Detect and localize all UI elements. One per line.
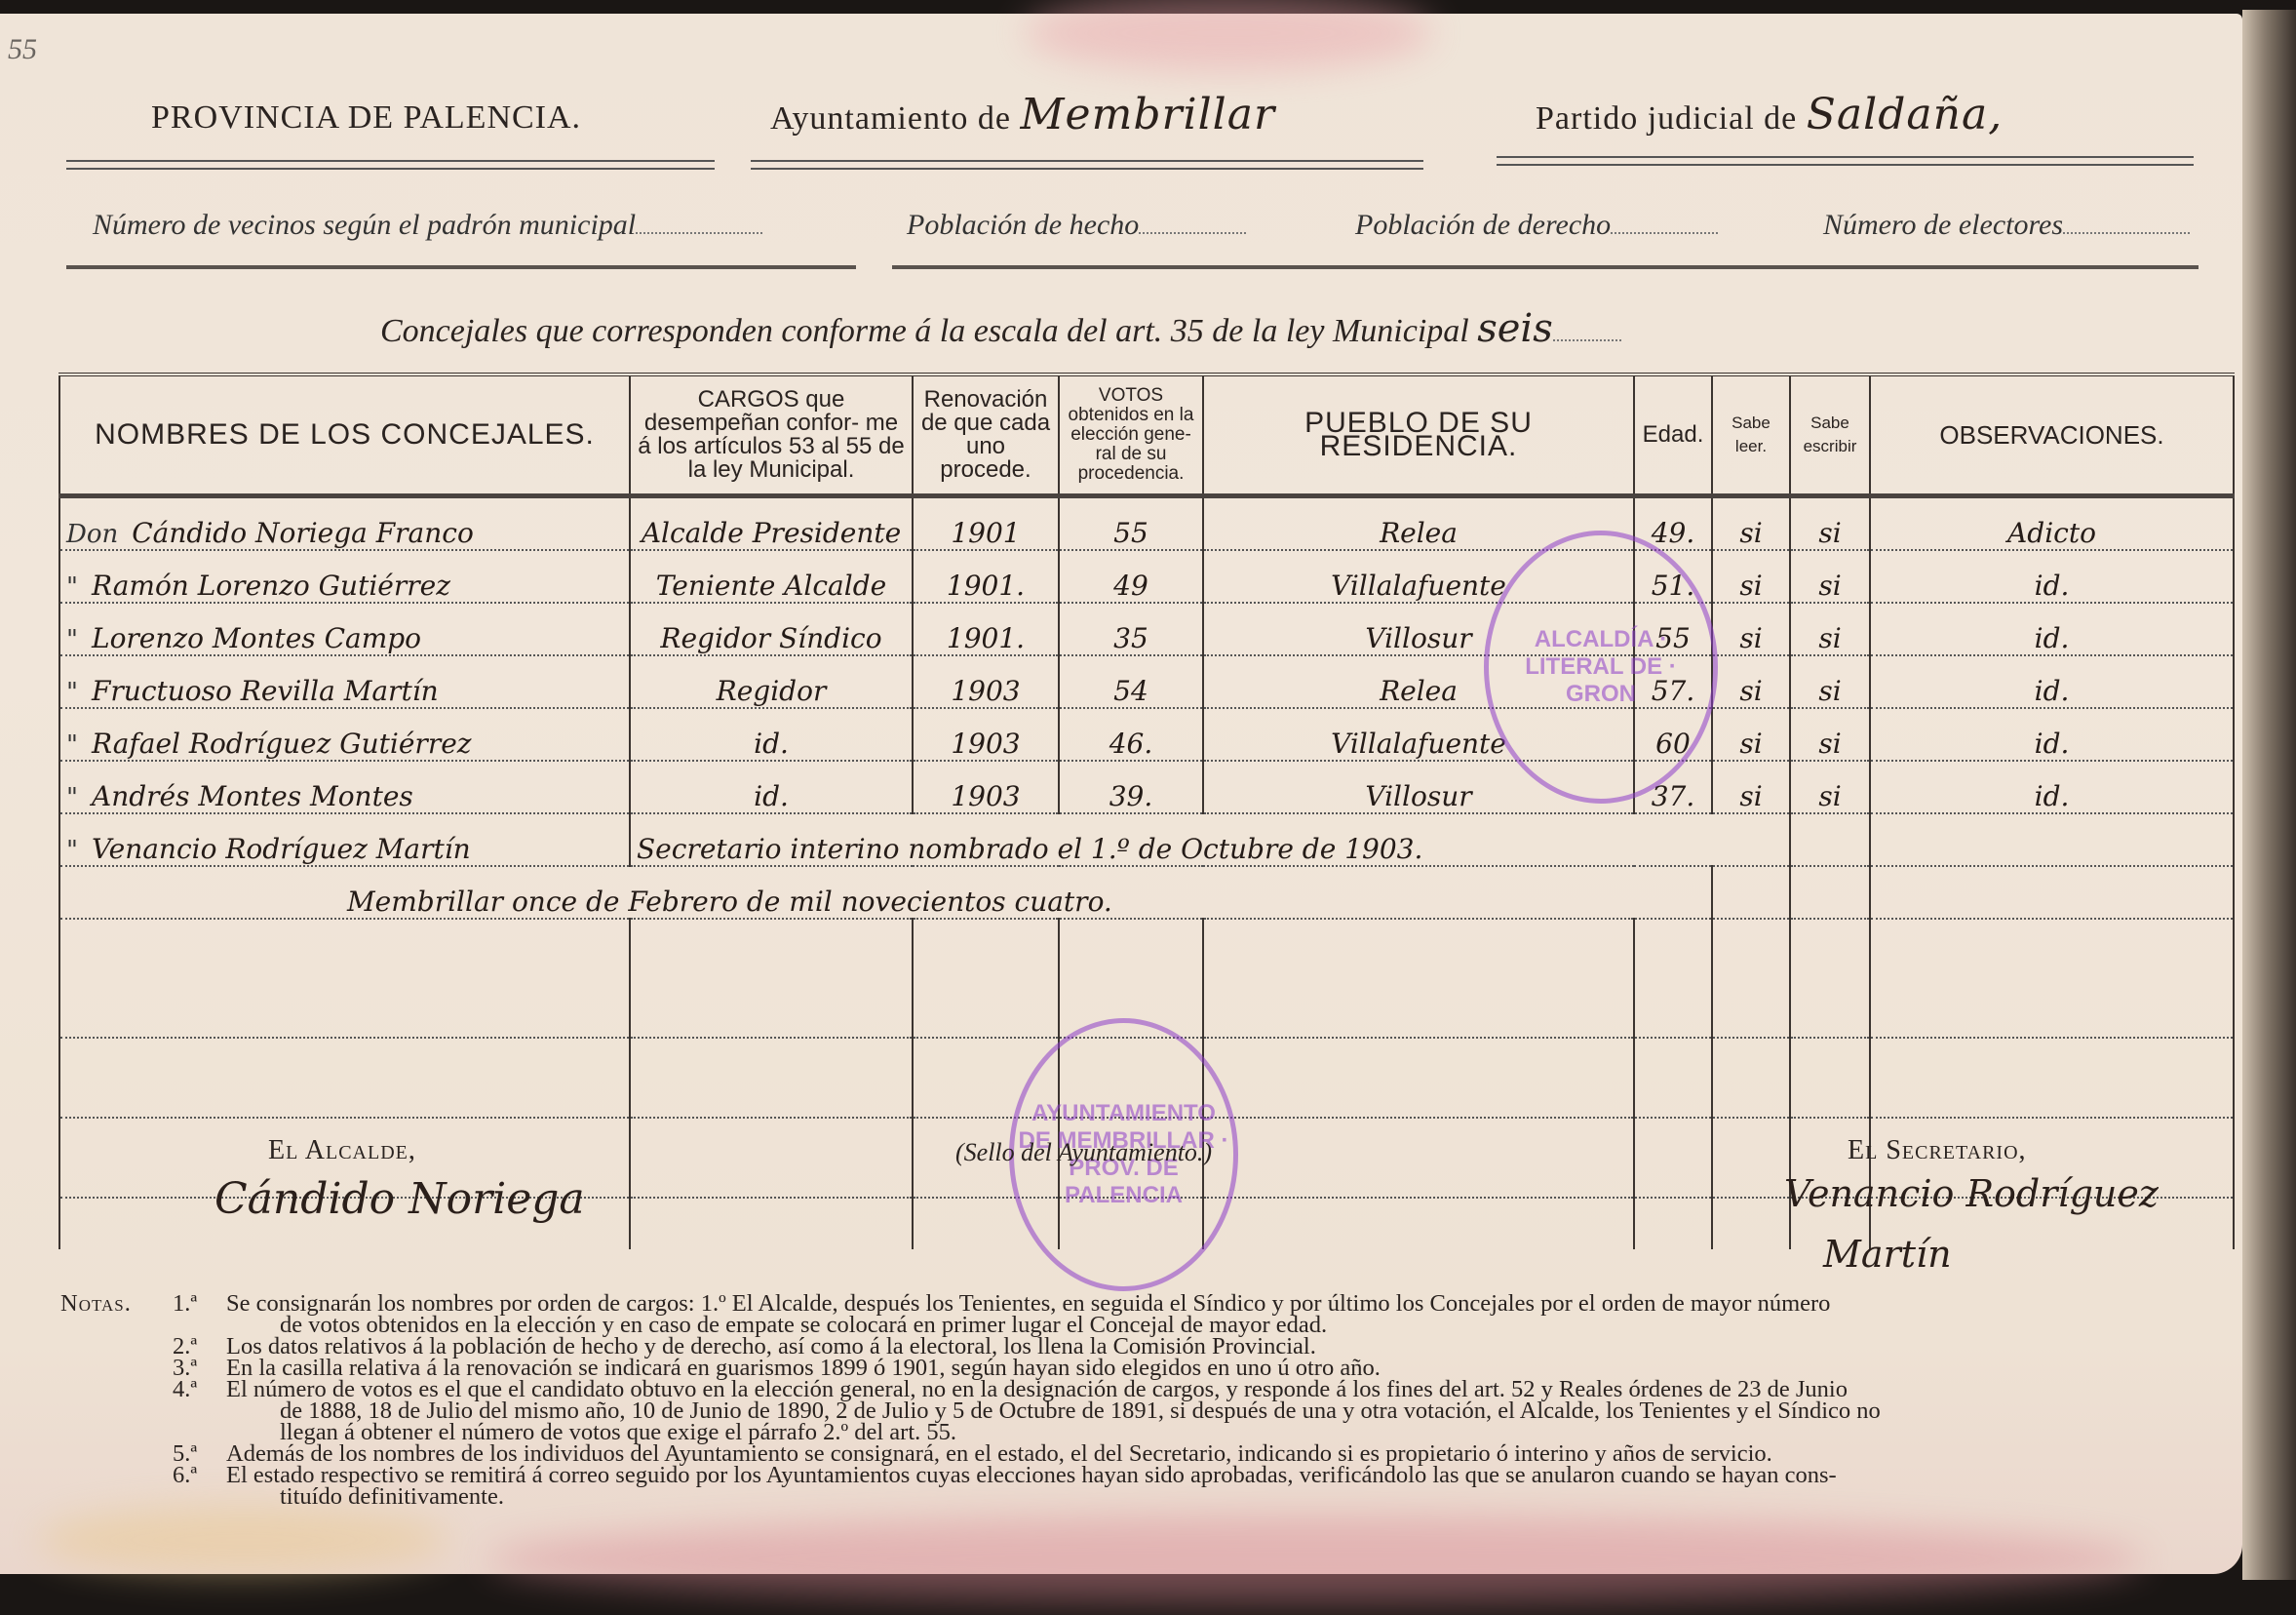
name-prefix: " bbox=[66, 678, 78, 707]
note-text: tituído definitivamente. bbox=[173, 1486, 2205, 1508]
cell-renovacion: 1901. bbox=[913, 550, 1059, 603]
header-cargos: CARGOS que desempeñan confor- me á los a… bbox=[630, 374, 913, 496]
fecha-row: Membrillar once de Febrero de mil noveci… bbox=[59, 866, 2234, 919]
note-1: 1.ª Se consignarán los nombres por orden… bbox=[60, 1293, 2205, 1336]
cell-renovacion: 1903 bbox=[913, 655, 1059, 708]
electores-label: Número de electores bbox=[1823, 209, 2063, 241]
secretario-label: El Secretario, bbox=[1848, 1135, 2027, 1166]
folio-number: 55 bbox=[8, 33, 37, 66]
header-pueblo: PUEBLO DE SU RESIDENCIA. bbox=[1203, 374, 1634, 496]
cell-leer: si bbox=[1712, 603, 1790, 655]
book-edge bbox=[2242, 10, 2296, 1580]
alcalde-label: El Alcalde, bbox=[268, 1135, 416, 1166]
secretario-name: Venancio Rodríguez Martín bbox=[92, 833, 471, 865]
cell-votos: 35 bbox=[1059, 603, 1203, 655]
cell-escribir: si bbox=[1790, 655, 1870, 708]
cell-nombre: "Lorenzo Montes Campo bbox=[59, 603, 630, 655]
secretario-signature-surname: Martín bbox=[1823, 1233, 1952, 1276]
vecinos-field: Número de vecinos según el padrón munici… bbox=[93, 209, 762, 242]
notes-section: Notas. 1.ª Se consignarán los nombres po… bbox=[60, 1293, 2205, 1508]
fecha-text: Membrillar once de Febrero de mil noveci… bbox=[630, 866, 1712, 919]
cell-observaciones: id. bbox=[1870, 603, 2234, 655]
cell-cargo: Regidor Síndico bbox=[630, 603, 913, 655]
stain bbox=[1024, 0, 1433, 72]
stain bbox=[487, 1516, 2145, 1603]
note-number: 4.ª bbox=[173, 1379, 197, 1400]
partido-label: Partido judicial de bbox=[1536, 100, 1797, 137]
table-row: "Lorenzo Montes Campo Regidor Síndico 19… bbox=[59, 603, 2234, 655]
header-votos: VOTOS obtenidos en la elección gene- ral… bbox=[1059, 374, 1203, 496]
cell-observaciones: id. bbox=[1870, 708, 2234, 761]
sello-label: (Sello del Ayuntamiento.) bbox=[955, 1138, 1212, 1167]
poblacion-derecho-field: Población de derecho bbox=[1355, 209, 1718, 242]
cell-renovacion: 1901. bbox=[913, 603, 1059, 655]
divider bbox=[1497, 156, 2194, 166]
cell-votos: 54 bbox=[1059, 655, 1203, 708]
header-observaciones: OBSERVACIONES. bbox=[1870, 374, 2234, 496]
escala-value: seis bbox=[1477, 306, 1553, 351]
partido-value: Saldaña, bbox=[1807, 90, 2003, 139]
cell-observaciones: id. bbox=[1870, 761, 2234, 813]
cell-renovacion: 1903 bbox=[913, 761, 1059, 813]
stamp-text: ALCALDÍA · LITERAL DE · GRON bbox=[1489, 626, 1713, 708]
cell-cargo: Teniente Alcalde bbox=[630, 550, 913, 603]
concejal-name: Rafael Rodríguez Gutiérrez bbox=[92, 728, 472, 760]
cell-leer: si bbox=[1712, 655, 1790, 708]
cell-escribir: si bbox=[1790, 708, 1870, 761]
secretario-note: Secretario interino nombrado el 1.º de O… bbox=[630, 813, 1712, 866]
note-6: 6.ª El estado respectivo se remitirá á c… bbox=[60, 1465, 2205, 1508]
ayuntamiento-label: Ayuntamiento de bbox=[770, 100, 1011, 137]
fecha-line: Membrillar once de Febrero de mil noveci… bbox=[347, 886, 1112, 918]
cell-cargo: id. bbox=[630, 708, 913, 761]
cell-escribir: si bbox=[1790, 761, 1870, 813]
header-sabe-leer: Sabe leer. bbox=[1712, 374, 1790, 496]
cell-cargo: Alcalde Presidente bbox=[630, 496, 913, 551]
concejal-name: Fructuoso Revilla Martín bbox=[92, 675, 439, 707]
electores-blank bbox=[2063, 232, 2190, 234]
vecinos-blank bbox=[636, 232, 762, 234]
name-prefix: Don bbox=[66, 520, 118, 549]
vecinos-label: Número de vecinos según el padrón munici… bbox=[93, 209, 636, 241]
concejal-name: Cándido Noriega Franco bbox=[132, 517, 474, 549]
concejal-name: Ramón Lorenzo Gutiérrez bbox=[92, 570, 450, 602]
cell-nombre: "Venancio Rodríguez Martín bbox=[59, 813, 630, 866]
table-row-empty bbox=[59, 919, 2234, 1038]
cell-votos: 55 bbox=[1059, 496, 1203, 551]
note-4: 4.ª El número de votos es el que el cand… bbox=[60, 1379, 2205, 1443]
header-renovacion: Renovación de que cada uno procede. bbox=[913, 374, 1059, 496]
cell-nombre: "Fructuoso Revilla Martín bbox=[59, 655, 630, 708]
poblacion-hecho-blank bbox=[1139, 232, 1246, 234]
escala-line: Concejales que corresponden conforme á l… bbox=[380, 306, 1621, 351]
poblacion-derecho-blank bbox=[1611, 232, 1718, 234]
secretario-signature: Venancio Rodríguez bbox=[1784, 1172, 2159, 1215]
table-row: DonCándido Noriega Franco Alcalde Presid… bbox=[59, 496, 2234, 551]
divider bbox=[751, 160, 1423, 170]
table-row: "Fructuoso Revilla Martín Regidor 1903 5… bbox=[59, 655, 2234, 708]
escala-blank bbox=[1553, 339, 1621, 341]
cell-renovacion: 1901 bbox=[913, 496, 1059, 551]
note-number: 1.ª bbox=[173, 1293, 197, 1315]
header-edad: Edad. bbox=[1634, 374, 1712, 496]
divider bbox=[892, 265, 2199, 269]
poblacion-hecho-field: Población de hecho bbox=[907, 209, 1246, 242]
name-prefix: " bbox=[66, 625, 78, 654]
partido-field: Partido judicial de Saldaña, bbox=[1536, 90, 2003, 139]
cell-observaciones: id. bbox=[1870, 550, 2234, 603]
name-prefix: " bbox=[66, 730, 78, 760]
cell-renovacion: 1903 bbox=[913, 708, 1059, 761]
stamp-alcaldia: ALCALDÍA · LITERAL DE · GRON bbox=[1484, 531, 1718, 804]
poblacion-hecho-label: Población de hecho bbox=[907, 209, 1139, 241]
document-page: 55 PROVINCIA DE PALENCIA. Ayuntamiento d… bbox=[0, 14, 2242, 1574]
concejal-name: Lorenzo Montes Campo bbox=[92, 622, 421, 654]
province-title: PROVINCIA DE PALENCIA. bbox=[151, 99, 581, 137]
name-prefix: " bbox=[66, 783, 78, 812]
cell-nombre: "Andrés Montes Montes bbox=[59, 761, 630, 813]
cell-escribir: si bbox=[1790, 550, 1870, 603]
name-prefix: " bbox=[66, 836, 78, 865]
cell-leer: si bbox=[1712, 708, 1790, 761]
cell-escribir: si bbox=[1790, 496, 1870, 551]
name-prefix: " bbox=[66, 572, 78, 602]
note-number: 6.ª bbox=[173, 1465, 197, 1486]
cell-votos: 46. bbox=[1059, 708, 1203, 761]
cell-leer: si bbox=[1712, 761, 1790, 813]
header-sabe-escribir: Sabe escribir bbox=[1790, 374, 1870, 496]
secretario-row: "Venancio Rodríguez Martín Secretario in… bbox=[59, 813, 2234, 866]
table-row: "Ramón Lorenzo Gutiérrez Teniente Alcald… bbox=[59, 550, 2234, 603]
concejal-name: Andrés Montes Montes bbox=[92, 780, 413, 812]
table-row: "Andrés Montes Montes id. 1903 39. Villo… bbox=[59, 761, 2234, 813]
cell-cargo: id. bbox=[630, 761, 913, 813]
table-header-row: NOMBRES DE LOS CONCEJALES. CARGOS que de… bbox=[59, 374, 2234, 496]
cell-escribir: si bbox=[1790, 603, 1870, 655]
divider bbox=[66, 265, 856, 269]
cell-observaciones: id. bbox=[1870, 655, 2234, 708]
ayuntamiento-field: Ayuntamiento de Membrillar bbox=[770, 90, 1275, 139]
stain bbox=[39, 1506, 448, 1574]
cell-votos: 39. bbox=[1059, 761, 1203, 813]
cell-cargo: Regidor bbox=[630, 655, 913, 708]
cell-nombre: "Rafael Rodríguez Gutiérrez bbox=[59, 708, 630, 761]
divider bbox=[66, 160, 715, 170]
escala-label: Concejales que corresponden conforme á l… bbox=[380, 313, 1469, 349]
cell-nombre: "Ramón Lorenzo Gutiérrez bbox=[59, 550, 630, 603]
table-row: "Rafael Rodríguez Gutiérrez id. 1903 46.… bbox=[59, 708, 2234, 761]
cell-nombre: DonCándido Noriega Franco bbox=[59, 496, 630, 551]
ayuntamiento-value: Membrillar bbox=[1021, 90, 1276, 139]
cell-votos: 49 bbox=[1059, 550, 1203, 603]
poblacion-derecho-label: Población de derecho bbox=[1355, 209, 1611, 241]
cell-leer: si bbox=[1712, 496, 1790, 551]
electores-field: Número de electores bbox=[1823, 209, 2190, 242]
cell-observaciones: Adicto bbox=[1870, 496, 2234, 551]
header-nombres: NOMBRES DE LOS CONCEJALES. bbox=[59, 374, 630, 496]
cell-leer: si bbox=[1712, 550, 1790, 603]
alcalde-signature: Cándido Noriega bbox=[214, 1174, 585, 1224]
